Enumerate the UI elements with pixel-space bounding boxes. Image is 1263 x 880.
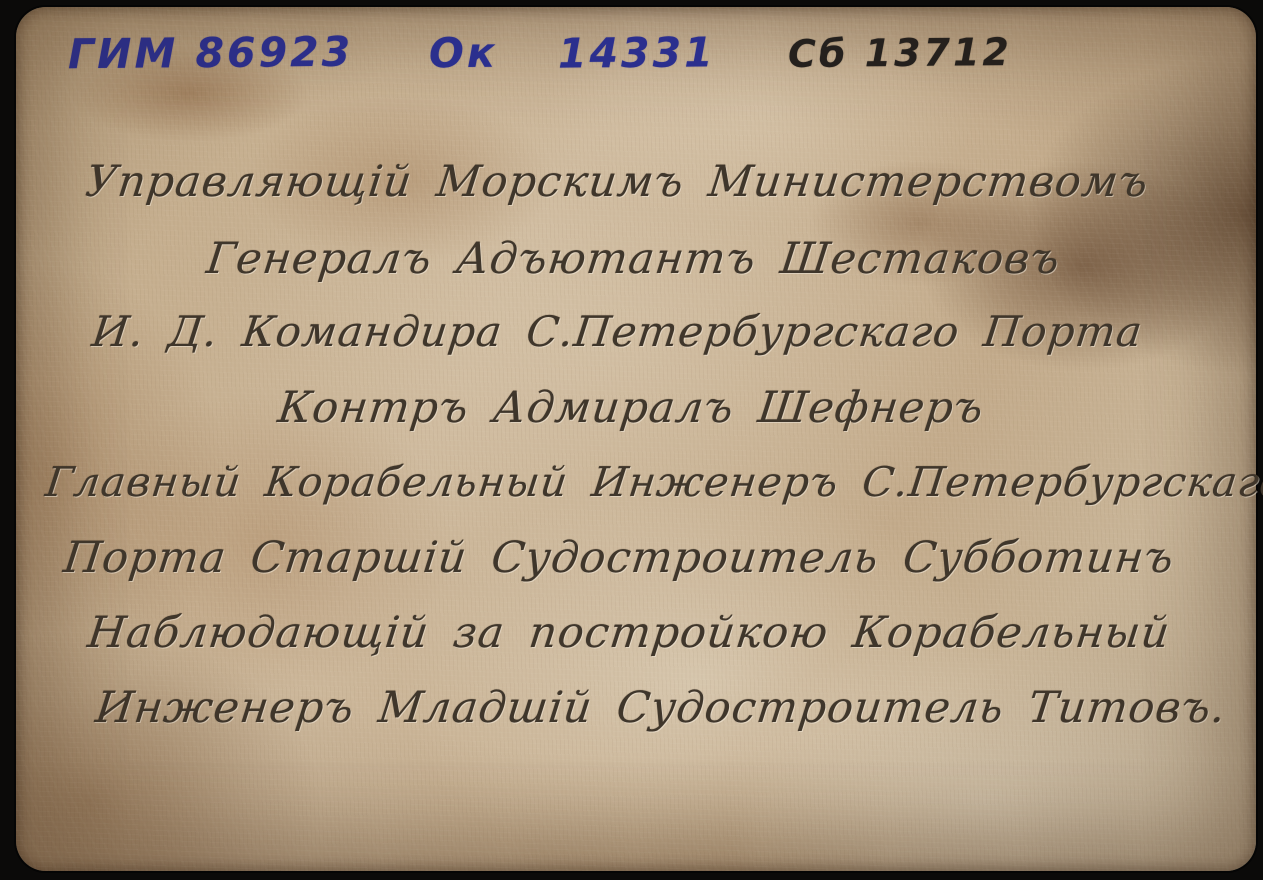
engraved-line-senior-shipbuilder-subbotin: Порта Старшій Судостроитель Субботинъ (61, 533, 987, 583)
inventory-mark-ok-prefix: Ок (429, 29, 498, 78)
engraved-line-general-adjutant-shestakov: Генералъ Адъютантъ Шестаковъ (163, 234, 1104, 284)
engraved-line-rear-admiral-shefner: Контръ Адмиралъ Шефнеръ (253, 383, 1009, 433)
engraved-line-naval-ministry-manager: Управляющій Морскимъ Министерствомъ (83, 157, 987, 207)
engraved-brass-plate: ГИМ 86923 Ок 14331 Сб 13712 Управляющій … (16, 7, 1256, 871)
engraved-line-supervising-engineer: Наблюдающій за постройкою Корабельный (59, 608, 1199, 658)
inventory-mark-ok-number: 14331 (558, 28, 716, 77)
engraved-line-junior-shipbuilder-titov: Инженеръ Младшій Судостроитель Титовъ. (73, 683, 1249, 733)
engraved-line-chief-naval-engineer: Главный Корабельный Инженеръ С.Петербург… (43, 458, 1224, 506)
photo-background: ГИМ 86923 Ок 14331 Сб 13712 Управляющій … (0, 0, 1263, 880)
inventory-marks-row: ГИМ 86923 Ок 14331 Сб 13712 (16, 29, 1256, 89)
inventory-mark-sb-number: Сб 13712 (788, 30, 1012, 76)
engraved-line-acting-port-commander: И. Д. Командира С.Петербургскаго Порта (61, 307, 1174, 356)
inventory-mark-gim-number: ГИМ 86923 (68, 28, 354, 78)
